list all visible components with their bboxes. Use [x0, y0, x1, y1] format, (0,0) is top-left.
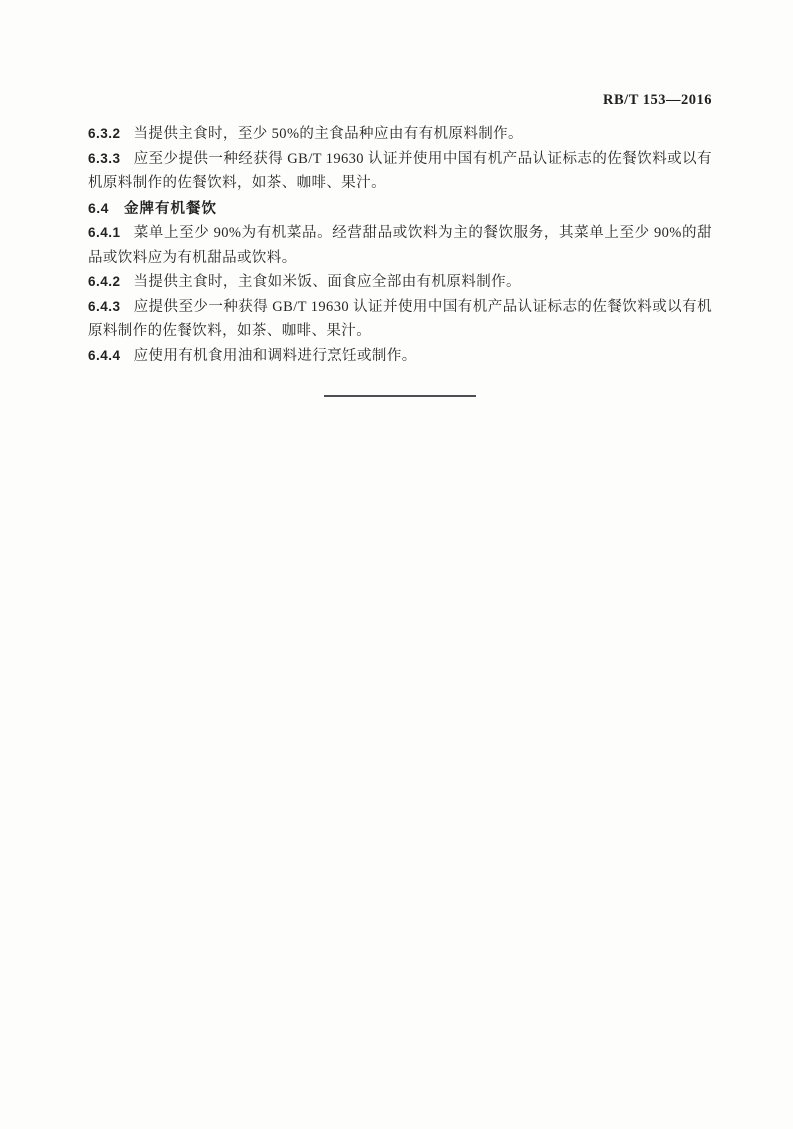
- clause-6-4-2: 6.4.2当提供主食时，主食如米饭、面食应全部由有机原料制作。: [88, 270, 712, 295]
- clause-number: 6.3.3: [88, 151, 134, 166]
- clause-6-4-1: 6.4.1菜单上至少 90%为有机菜品。经营甜品或饮料为主的餐饮服务，其菜单上至…: [88, 221, 712, 270]
- clause-number: 6.4.4: [88, 348, 134, 363]
- clause-number: 6.4.3: [88, 299, 134, 314]
- section-number: 6.4: [88, 200, 124, 216]
- clause-6-4-3: 6.4.3应提供至少一种获得 GB/T 19630 认证并使用中国有机产品认证标…: [88, 295, 712, 344]
- clause-6-3-2: 6.3.2当提供主食时，至少 50%的主食品种应由有有机原料制作。: [88, 122, 712, 147]
- clause-text: 当提供主食时，主食如米饭、面食应全部由有机原料制作。: [134, 274, 521, 290]
- clause-text: 应使用有机食用油和调料进行烹饪或制作。: [134, 348, 417, 364]
- clause-number: 6.4.1: [88, 225, 134, 240]
- document-body: 6.3.2当提供主食时，至少 50%的主食品种应由有有机原料制作。 6.3.3应…: [88, 122, 712, 397]
- scanned-document-page: RB/T 153—2016 6.3.2当提供主食时，至少 50%的主食品种应由有…: [0, 0, 793, 1129]
- clause-text: 菜单上至少 90%为有机菜品。经营甜品或饮料为主的餐饮服务，其菜单上至少 90%…: [88, 225, 712, 266]
- clause-text: 应提供至少一种获得 GB/T 19630 认证并使用中国有机产品认证标志的佐餐饮…: [88, 299, 712, 340]
- end-of-text-rule: [324, 395, 476, 397]
- clause-6-3-3: 6.3.3应至少提供一种经获得 GB/T 19630 认证并使用中国有机产品认证…: [88, 147, 712, 196]
- clause-number: 6.3.2: [88, 126, 134, 141]
- standard-number-header: RB/T 153—2016: [88, 92, 712, 109]
- clause-text: 应至少提供一种经获得 GB/T 19630 认证并使用中国有机产品认证标志的佐餐…: [88, 151, 712, 192]
- section-heading-6-4: 6.4金牌有机餐饮: [88, 196, 712, 222]
- clause-number: 6.4.2: [88, 274, 134, 289]
- clause-6-4-4: 6.4.4应使用有机食用油和调料进行烹饪或制作。: [88, 344, 712, 369]
- section-title: 金牌有机餐饮: [124, 201, 217, 217]
- clause-text: 当提供主食时，至少 50%的主食品种应由有有机原料制作。: [134, 126, 523, 142]
